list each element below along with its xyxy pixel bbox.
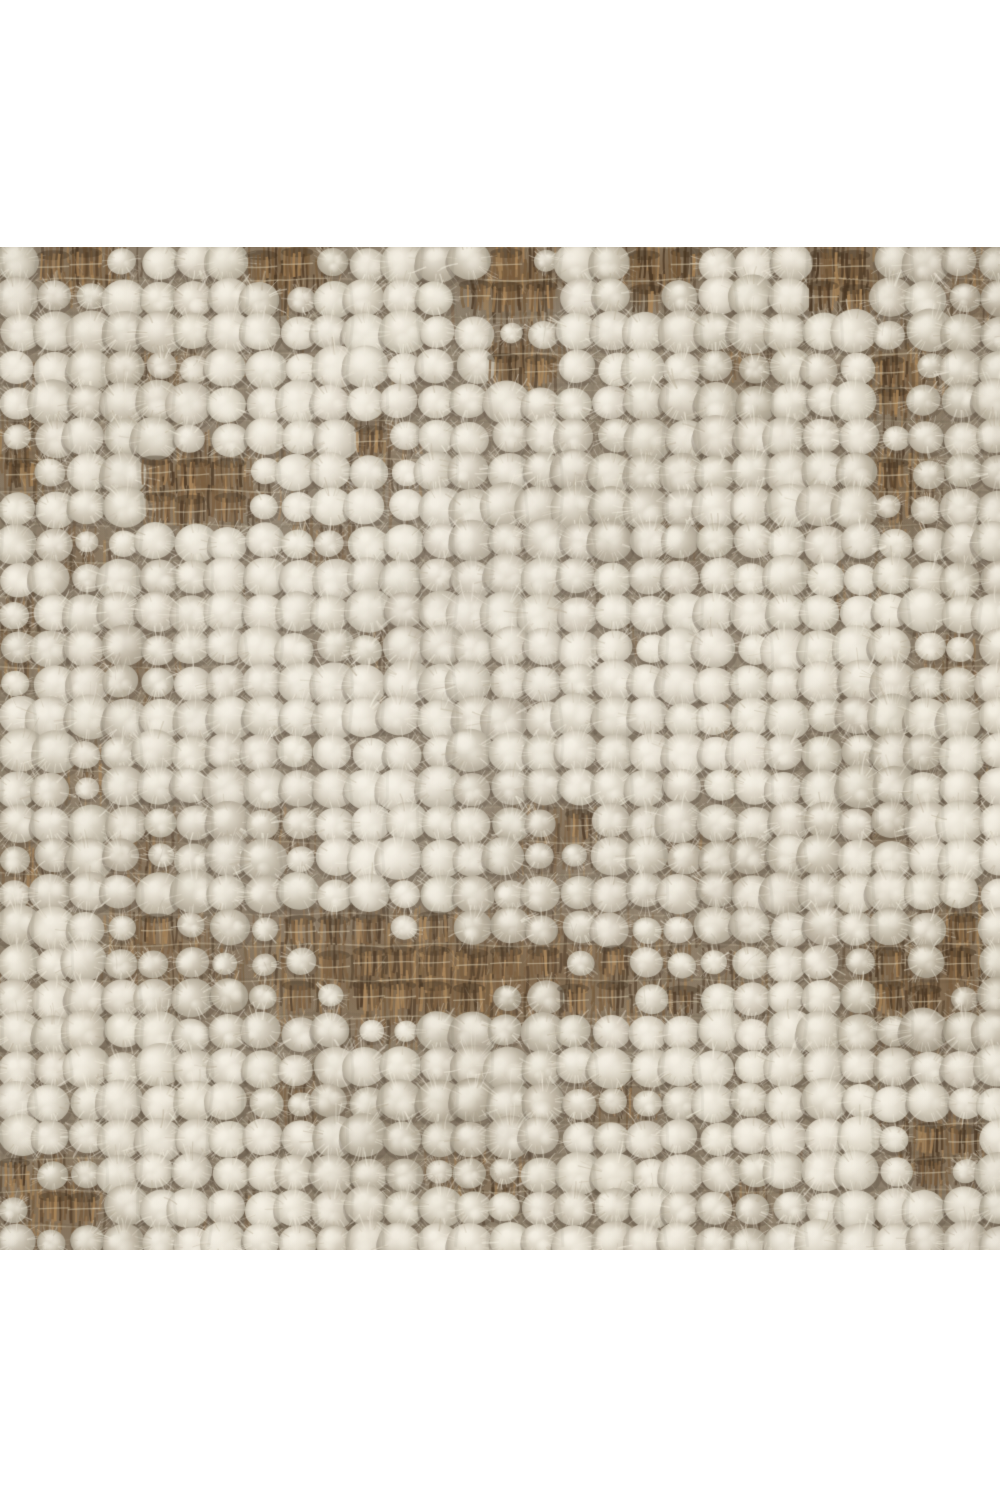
top-white-margin — [0, 0, 1000, 247]
bottom-white-margin — [0, 1250, 1000, 1500]
rug-swatch-photo — [0, 247, 1000, 1250]
fabric-texture-image — [0, 247, 1000, 1250]
